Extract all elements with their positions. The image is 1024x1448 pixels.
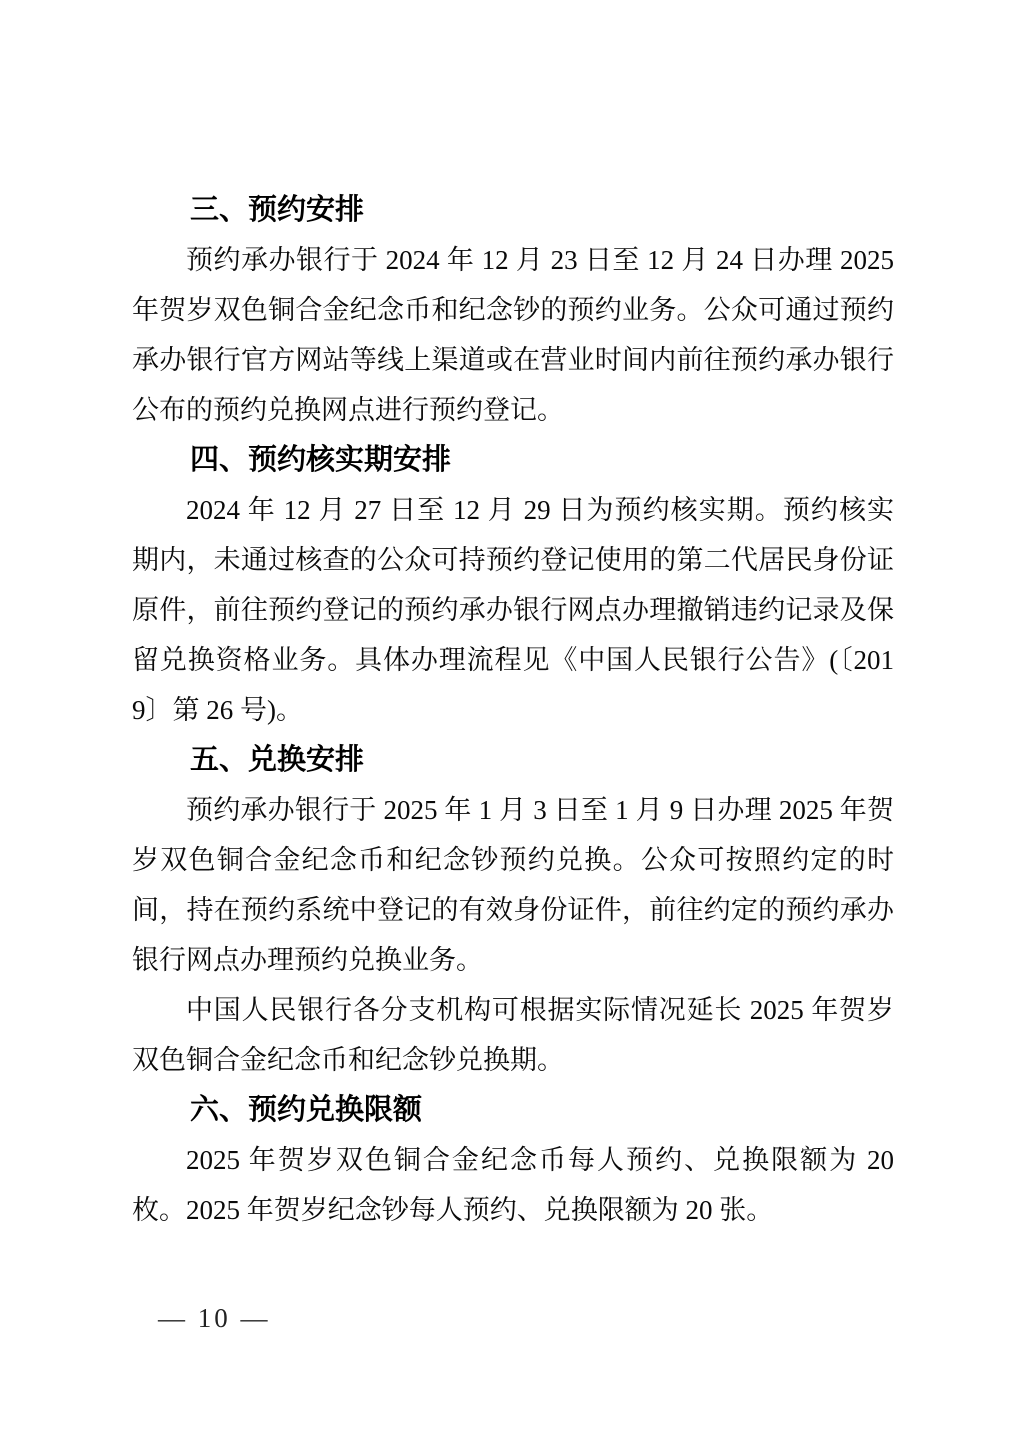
section-heading-verification-period: 四、预约核实期安排 [132, 435, 894, 485]
section-heading-exchange-arrangement: 五、兑换安排 [132, 735, 894, 785]
section-heading-reservation-arrangement: 三、预约安排 [132, 185, 894, 235]
document-body: 三、预约安排 预约承办银行于 2024 年 12 月 23 日至 12 月 24… [132, 185, 894, 1235]
page-number: — 10 — [158, 1298, 271, 1338]
section-verification-paragraph: 2024 年 12 月 27 日至 12 月 29 日为预约核实期。预约核实期内… [132, 485, 894, 735]
section-heading-exchange-limit: 六、预约兑换限额 [132, 1085, 894, 1135]
section-exchange-paragraph-2: 中国人民银行各分支机构可根据实际情况延长 2025 年贺岁双色铜合金纪念币和纪念… [132, 985, 894, 1085]
document-page: 三、预约安排 预约承办银行于 2024 年 12 月 23 日至 12 月 24… [0, 0, 1024, 1448]
section-exchange-paragraph-1: 预约承办银行于 2025 年 1 月 3 日至 1 月 9 日办理 2025 年… [132, 785, 894, 985]
section-limit-paragraph: 2025 年贺岁双色铜合金纪念币每人预约、兑换限额为 20 枚。2025 年贺岁… [132, 1135, 894, 1235]
section-reservation-paragraph: 预约承办银行于 2024 年 12 月 23 日至 12 月 24 日办理 20… [132, 235, 894, 435]
